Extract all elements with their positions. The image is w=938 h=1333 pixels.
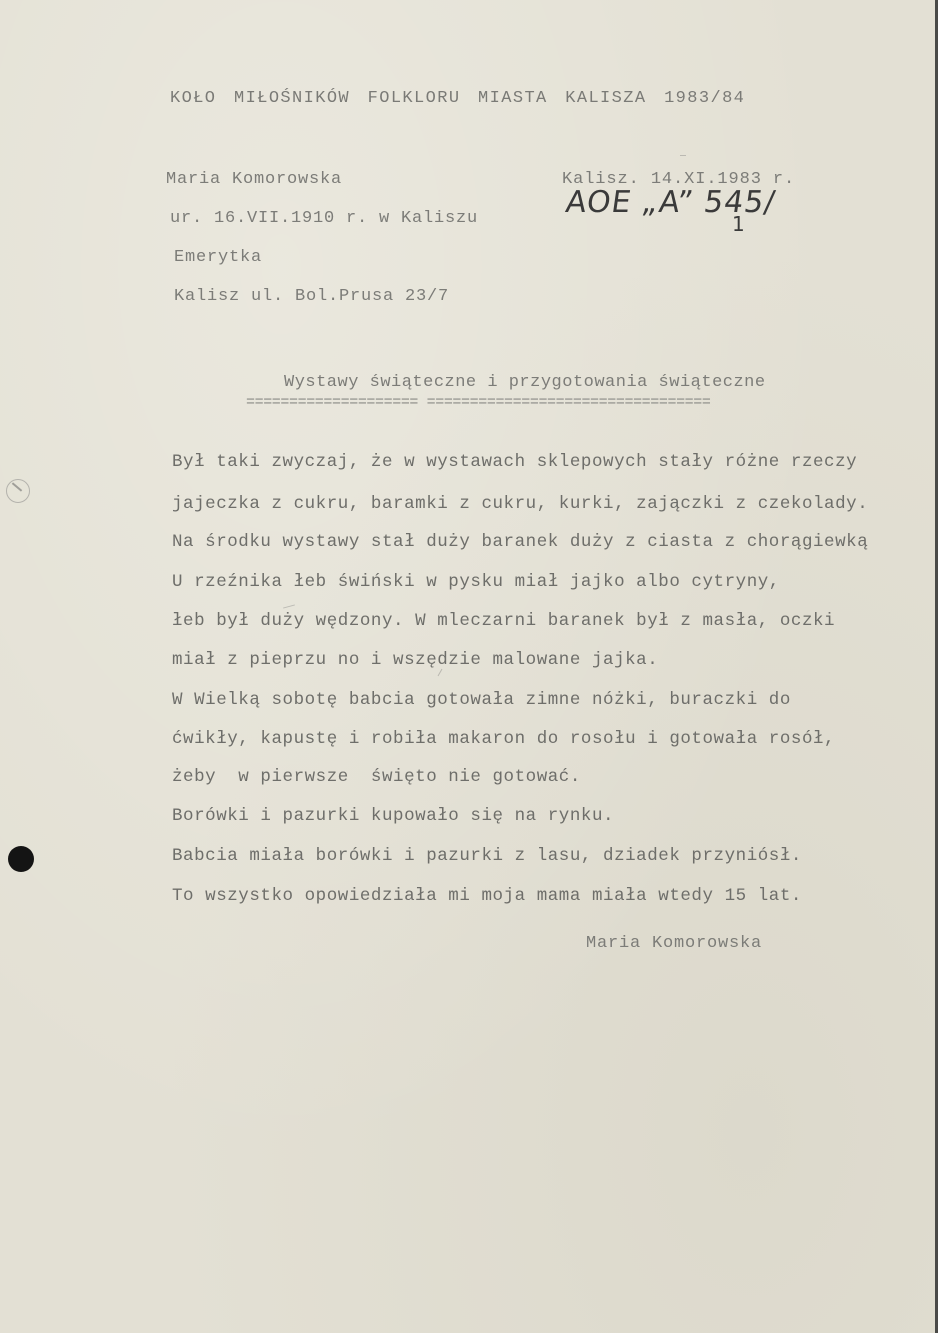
- body-line: Babcia miała borówki i pazurki z lasu, d…: [172, 846, 802, 866]
- document-title: Wystawy świąteczne i przygotowania świąt…: [284, 373, 766, 392]
- body-line: łeb był duży wędzony. W mleczarni barane…: [172, 611, 835, 631]
- sender-birth-info: ur. 16.VII.1910 r. w Kaliszu: [170, 209, 478, 228]
- sender-occupation: Emerytka: [174, 248, 262, 267]
- archive-signature-sub: 1: [732, 212, 745, 236]
- body-line: ćwikły, kapustę i robiła makaron do roso…: [172, 729, 835, 749]
- ink-dot-mark: [8, 846, 34, 872]
- punch-hole-mark: [6, 479, 30, 503]
- body-line: jajeczka z cukru, baramki z cukru, kurki…: [172, 494, 868, 514]
- body-line: Na środku wystawy stał duży baranek duży…: [172, 532, 868, 552]
- body-line: W Wielką sobotę babcia gotowała zimne nó…: [172, 690, 791, 710]
- body-line: To wszystko opowiedziała mi moja mama mi…: [172, 886, 802, 906]
- archive-signature: AOE „A” 545/: [564, 185, 778, 220]
- body-line: Borówki i pazurki kupowało się na rynku.: [172, 806, 614, 826]
- body-line: U rzeźnika łeb świński w pysku miał jajk…: [172, 572, 780, 592]
- organization-header: KOŁO MIŁOŚNIKÓW FOLKLORU MIASTA KALISZA …: [170, 89, 745, 108]
- body-line: miał z pieprzu no i wszędzie malowane ja…: [172, 650, 658, 670]
- body-line: Był taki zwyczaj, że w wystawach sklepow…: [172, 452, 857, 472]
- stray-mark: [283, 604, 295, 608]
- body-line: żeby w pierwsze święto nie gotować.: [172, 767, 581, 787]
- sender-name: Maria Komorowska: [166, 170, 342, 189]
- sender-address: Kalisz ul. Bol.Prusa 23/7: [174, 287, 449, 306]
- title-underline: ==================== ===================…: [246, 394, 710, 411]
- document-page: KOŁO MIŁOŚNIKÓW FOLKLORU MIASTA KALISZA …: [0, 0, 938, 1333]
- stray-mark: [680, 155, 686, 156]
- author-signature: Maria Komorowska: [586, 934, 762, 953]
